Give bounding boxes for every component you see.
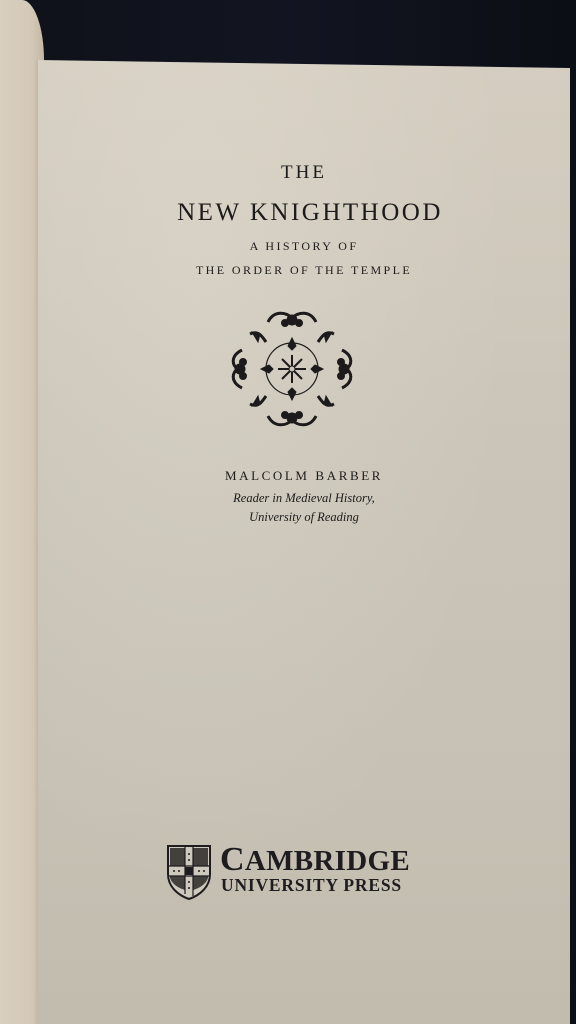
title-line-1: THE	[38, 162, 570, 184]
publisher-subline: UNIVERSITY PRESS	[221, 875, 402, 896]
cambridge-shield-icon	[166, 844, 212, 900]
publisher-name-rest: AMBRIDGE	[245, 845, 410, 877]
publisher-imprint: CAMBRIDGE UNIVERSITY PRESS	[166, 844, 416, 904]
floral-rosette-ornament-icon	[228, 308, 356, 430]
author-affiliation: University of Reading	[38, 510, 570, 525]
publisher-name: CAMBRIDGE	[220, 841, 410, 879]
publisher-name-initial: C	[220, 841, 245, 878]
subtitle-line-1: A HISTORY OF	[38, 239, 570, 254]
author-name: MALCOLM BARBER	[38, 468, 570, 484]
subtitle-line-2: THE ORDER OF THE TEMPLE	[38, 263, 570, 278]
book-title: NEW KNIGHTHOOD	[38, 199, 576, 227]
author-role: Reader in Medieval History,	[38, 491, 570, 506]
title-page-content: THE NEW KNIGHTHOOD A HISTORY OF THE ORDE…	[38, 58, 570, 1024]
